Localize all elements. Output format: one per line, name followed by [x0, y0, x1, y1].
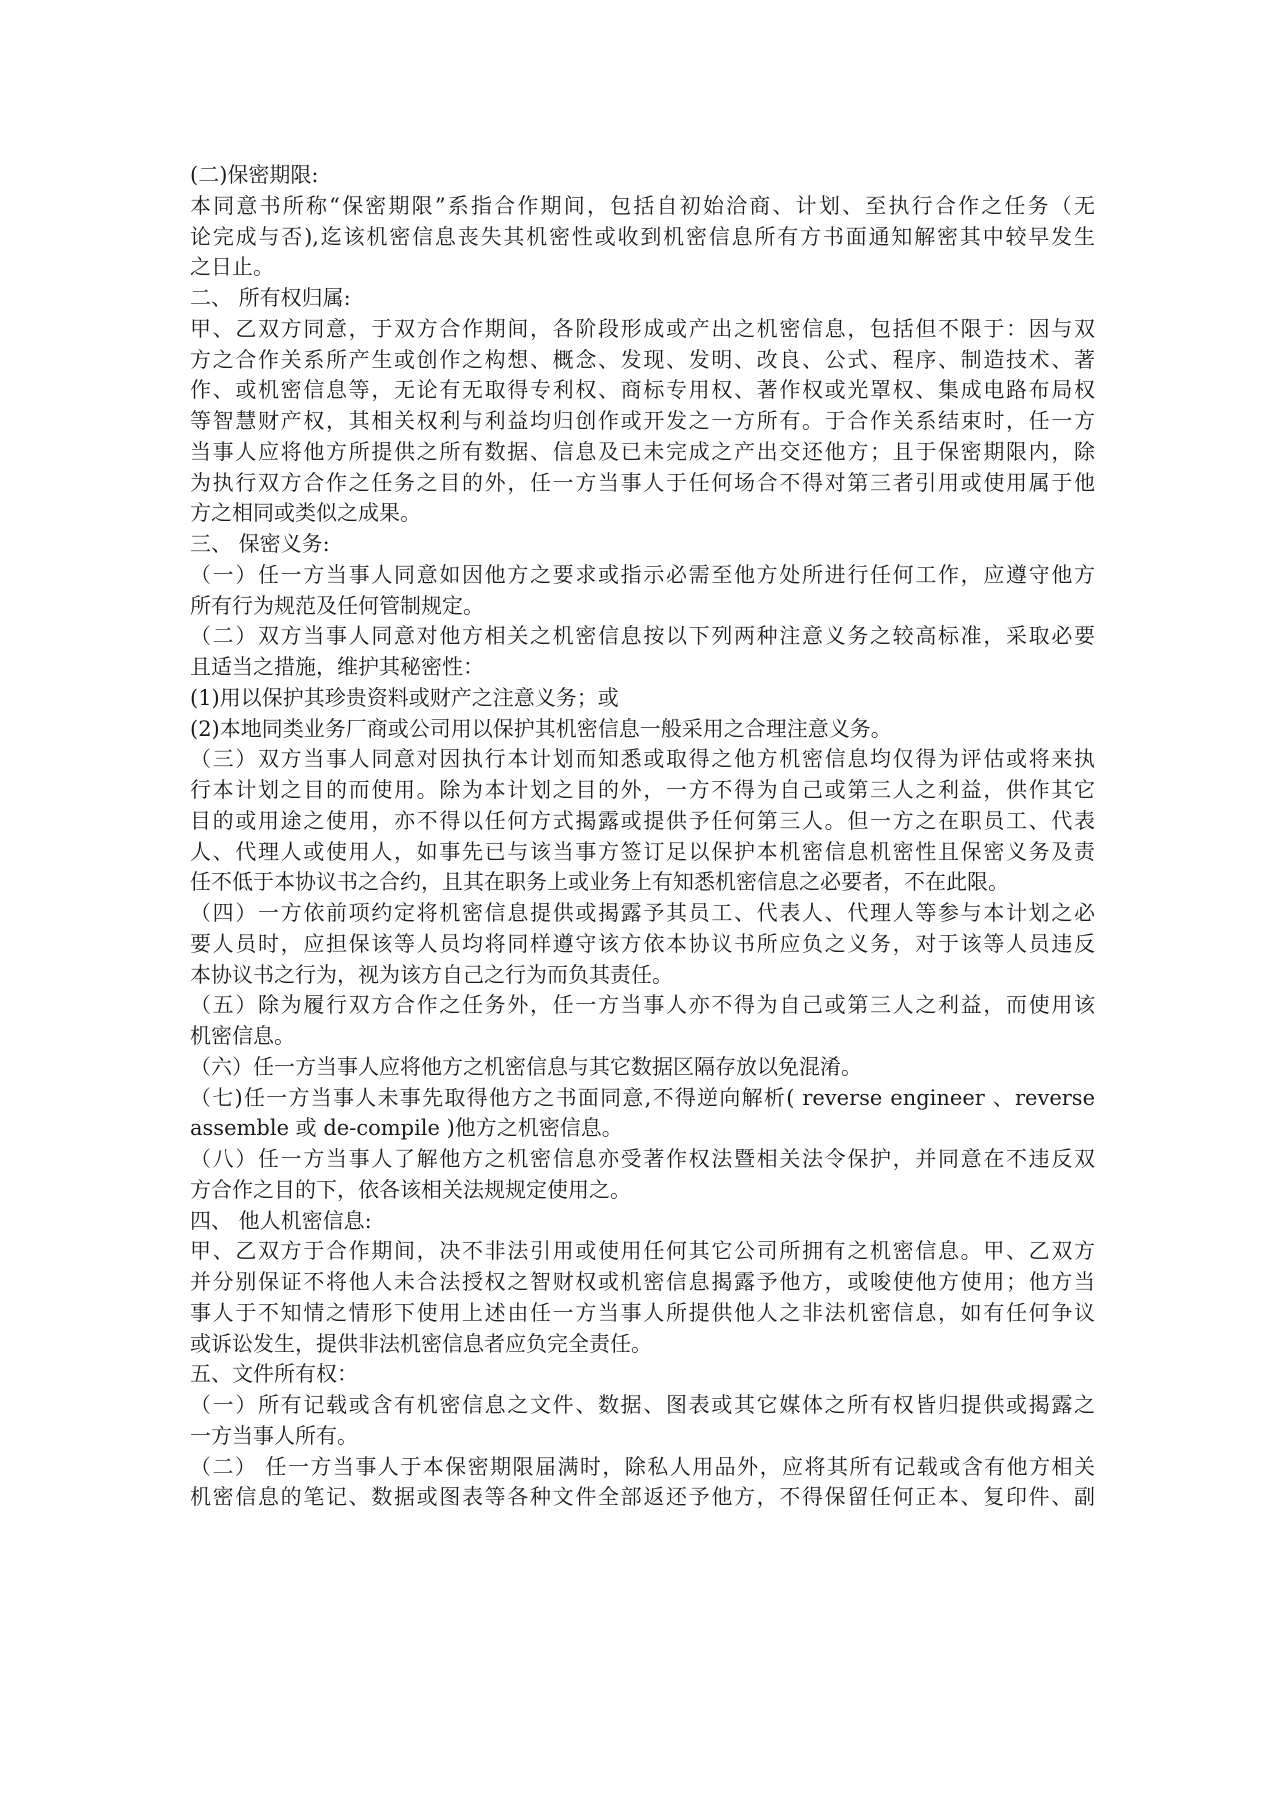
paragraph-line: 方之合作关系所产生或创作之构想、概念、发现、发明、改良、公式、程序、制造技术、著	[190, 345, 1095, 376]
paragraph-line: （六）任一方当事人应将他方之机密信息与其它数据区隔存放以免混淆。	[190, 1052, 1095, 1083]
paragraph-line: (2)本地同类业务厂商或公司用以保护其机密信息一般采用之合理注意义务。	[190, 714, 1095, 745]
paragraph-line: 之日止。	[190, 252, 1095, 283]
paragraph-line: （二）双方当事人同意对他方相关之机密信息按以下列两种注意义务之较高标准，采取必要	[190, 621, 1095, 652]
paragraph-line: （四）一方依前项约定将机密信息提供或揭露予其员工、代表人、代理人等参与本计划之必	[190, 898, 1095, 929]
paragraph-line: （三）双方当事人同意对因执行本计划而知悉或取得之他方机密信息均仅得为评估或将来执	[190, 744, 1095, 775]
paragraph-line: 甲、乙双方于合作期间，决不非法引用或使用任何其它公司所拥有之机密信息。甲、乙双方	[190, 1236, 1095, 1267]
section-heading: 五、文件所有权：	[190, 1359, 1095, 1390]
paragraph-line: 方合作之目的下，依各该相关法规规定使用之。	[190, 1175, 1095, 1206]
paragraph-line: （一）任一方当事人同意如因他方之要求或指示必需至他方处所进行任何工作，应遵守他方	[190, 560, 1095, 591]
document-page: (二)保密期限:本同意书所称“保密期限”系指合作期间，包括自初始洽商、计划、至执…	[190, 160, 1095, 1513]
paragraph-line: 机密信息。	[190, 1021, 1095, 1052]
section-heading: 三、 保密义务:	[190, 529, 1095, 560]
paragraph-line: 本协议书之行为，视为该方自己之行为而负其责任。	[190, 960, 1095, 991]
paragraph-line: 且适当之措施，维护其秘密性：	[190, 652, 1095, 683]
paragraph-line: （一）所有记载或含有机密信息之文件、数据、图表或其它媒体之所有权皆归提供或揭露之	[190, 1390, 1095, 1421]
paragraph-line: 论完成与否),迄该机密信息丧失其机密性或收到机密信息所有方书面通知解密其中较早发…	[190, 222, 1095, 253]
paragraph-line: 并分别保证不将他人未合法授权之智财权或机密信息揭露予他方，或唆使他方使用；他方当	[190, 1267, 1095, 1298]
paragraph-line: （五）除为履行双方合作之任务外，任一方当事人亦不得为自己或第三人之利益，而使用该	[190, 990, 1095, 1021]
paragraph-line: 本同意书所称“保密期限”系指合作期间，包括自初始洽商、计划、至执行合作之任务（无	[190, 191, 1095, 222]
paragraph-line: 方之相同或类似之成果。	[190, 498, 1095, 529]
section-heading: 二、 所有权归属:	[190, 283, 1095, 314]
paragraph-line: assemble 或 de-compile )他方之机密信息。	[190, 1113, 1095, 1144]
paragraph-line: 行本计划之目的而使用。除为本计划之目的外，一方不得为自己或第三人之利益，供作其它	[190, 775, 1095, 806]
subsection-heading: (二)保密期限:	[190, 160, 1095, 191]
paragraph-line: (1)用以保护其珍贵资料或财产之注意义务；或	[190, 683, 1095, 714]
paragraph-line: （七)任一方当事人未事先取得他方之书面同意,不得逆向解析( reverse en…	[190, 1083, 1095, 1114]
paragraph-line: 甲、乙双方同意，于双方合作期间，各阶段形成或产出之机密信息，包括但不限于：因与双	[190, 314, 1095, 345]
paragraph-line: 人、代理人或使用人，如事先已与该当事方签订足以保护本机密信息机密性且保密义务及责	[190, 837, 1095, 868]
paragraph-line: 机密信息的笔记、数据或图表等各种文件全部返还予他方，不得保留任何正本、复印件、副	[190, 1482, 1095, 1513]
paragraph-line: 一方当事人所有。	[190, 1421, 1095, 1452]
document-body: (二)保密期限:本同意书所称“保密期限”系指合作期间，包括自初始洽商、计划、至执…	[190, 160, 1095, 1513]
paragraph-line: 作、或机密信息等，无论有无取得专利权、商标专用权、著作权或光罩权、集成电路布局权	[190, 375, 1095, 406]
paragraph-line: （八）任一方当事人了解他方之机密信息亦受著作权法暨相关法令保护，并同意在不违反双	[190, 1144, 1095, 1175]
paragraph-line: 为执行双方合作之任务之目的外，任一方当事人于任何场合不得对第三者引用或使用属于他	[190, 468, 1095, 499]
paragraph-line: 任不低于本协议书之合约，且其在职务上或业务上有知悉机密信息之必要者，不在此限。	[190, 867, 1095, 898]
section-heading: 四、 他人机密信息:	[190, 1206, 1095, 1237]
paragraph-line: 目的或用途之使用，亦不得以任何方式揭露或提供予任何第三人。但一方之在职员工、代表	[190, 806, 1095, 837]
paragraph-line: 当事人应将他方所提供之所有数据、信息及已未完成之产出交还他方；且于保密期限内，除	[190, 437, 1095, 468]
paragraph-line: 所有行为规范及任何管制规定。	[190, 591, 1095, 622]
paragraph-line: 要人员时，应担保该等人员均将同样遵守该方依本协议书所应负之义务，对于该等人员违反	[190, 929, 1095, 960]
paragraph-line: 或诉讼发生，提供非法机密信息者应负完全责任。	[190, 1329, 1095, 1360]
paragraph-line: 等智慧财产权，其相关权利与利益均归创作或开发之一方所有。于合作关系结束时，任一方	[190, 406, 1095, 437]
paragraph-line: 事人于不知情之情形下使用上述由任一方当事人所提供他人之非法机密信息，如有任何争议	[190, 1298, 1095, 1329]
paragraph-line: （二） 任一方当事人于本保密期限届满时，除私人用品外，应将其所有记载或含有他方相…	[190, 1452, 1095, 1483]
